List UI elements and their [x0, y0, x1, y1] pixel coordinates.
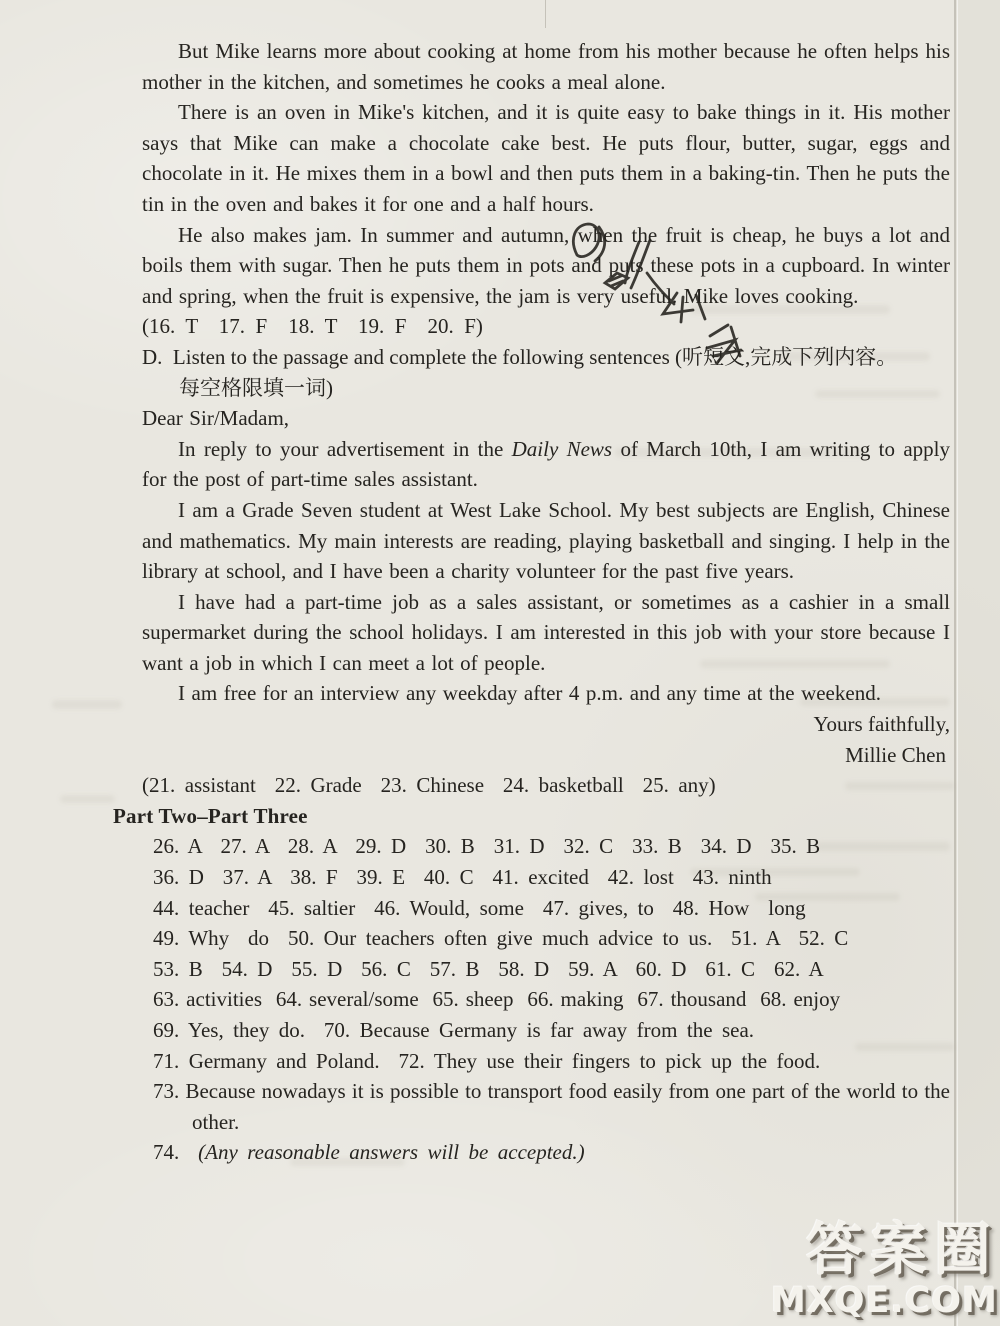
answer-line: 26. A 27. A 28. A 29. D 30. B 31. D 32. … [153, 831, 950, 862]
letter-paragraph-2: I am a Grade Seven student at West Lake … [142, 495, 950, 587]
page-edge-strip [956, 0, 1000, 1326]
answer-line: 69. Yes, they do. 70. Because Germany is… [153, 1015, 950, 1046]
letter-paragraph-1: In reply to your advertisement in the Da… [142, 434, 950, 495]
letter-p1-text: In reply to your advertisement in the [178, 437, 512, 461]
passage-paragraph-2: There is an oven in Mike's kitchen, and … [142, 97, 950, 219]
bleed-smudge [52, 700, 122, 709]
answer-line-74: 74. (Any reasonable answers will be acce… [153, 1137, 950, 1168]
passage-paragraph-1: But Mike learns more about cooking at ho… [142, 36, 950, 97]
page-text: But Mike learns more about cooking at ho… [142, 36, 950, 1168]
watermark: 答案圈 MXQE.COM [771, 1221, 998, 1320]
answers-16-20: (16. T 17. F 18. T 19. F 20. F) [142, 311, 950, 342]
answer-line: 63. activities 64. several/some 65. shee… [153, 984, 950, 1015]
passage-paragraph-3: He also makes jam. In summer and autumn,… [142, 220, 950, 312]
section-d-line2: 每空格限填一词) [179, 373, 950, 404]
answer-line: 49. Why do 50. Our teachers often give m… [153, 923, 950, 954]
paper-crease-right [954, 0, 956, 1326]
answer-line: 53. B 54. D 55. D 56. C 57. B 58. D 59. … [153, 954, 950, 985]
answer-line: 71. Germany and Poland. 72. They use the… [153, 1046, 950, 1077]
letter-paragraph-4: I am free for an interview any weekday a… [142, 678, 950, 709]
letter-salutation: Dear Sir/Madam, [142, 403, 950, 434]
paper-crease-highlight [957, 0, 958, 1326]
scanned-answer-page: But Mike learns more about cooking at ho… [0, 0, 1000, 1326]
handwriting-scribble [555, 215, 755, 375]
paper-crease-top [545, 0, 546, 28]
answer-line: 44. teacher 45. saltier 46. Would, some … [153, 893, 950, 924]
letter-signature: Millie Chen [142, 740, 950, 771]
letter-paragraph-3: I have had a part-time job as a sales as… [142, 587, 950, 679]
answer-74-number: 74. [153, 1140, 198, 1164]
part-heading: Part Two–Part Three [113, 801, 950, 832]
watermark-site-url: MXQE.COM [771, 1283, 998, 1320]
answers-21-25: (21. assistant 22. Grade 23. Chinese 24.… [142, 770, 950, 801]
watermark-logo: 答案圈 [771, 1221, 998, 1281]
answer-key-block: 26. A 27. A 28. A 29. D 30. B 31. D 32. … [153, 831, 950, 1168]
letter-closing: Yours faithfully, [142, 709, 950, 740]
answer-74-note: (Any reasonable answers will be accepted… [198, 1140, 584, 1164]
answer-line: 36. D 37. A 38. F 39. E 40. C 41. excite… [153, 862, 950, 893]
bleed-smudge [60, 795, 115, 803]
publication-name: Daily News [512, 437, 613, 461]
section-d-line1: D. Listen to the passage and complete th… [142, 342, 950, 373]
answer-line: 73. Because nowadays it is possible to t… [153, 1076, 950, 1137]
